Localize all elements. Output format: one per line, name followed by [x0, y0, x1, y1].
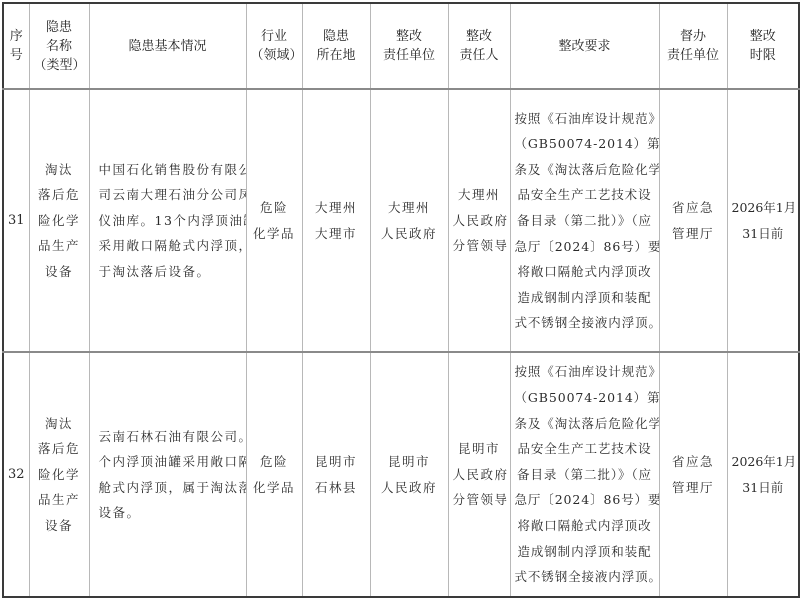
cell-text: 31日前: [732, 475, 795, 501]
hazard-rectification-table: 序 号 隐患 名称 （类型） 隐患基本情况 行业 （领域） 隐患 所在地 整改 …: [2, 2, 800, 598]
cell-text: 将敞口隔舱式内浮顶改: [515, 259, 655, 285]
seq-number: 32: [8, 467, 25, 482]
header-text: 行业: [251, 27, 298, 46]
cell-text: （GB50074-2014）第 6.1.7: [515, 385, 655, 411]
cell-text: 备目录（第二批）》（应: [515, 462, 655, 488]
cell-text: 31日前: [732, 221, 795, 247]
cell-text: 按照《石油库设计规范》: [515, 359, 655, 385]
cell-text: 化学品: [251, 475, 298, 501]
cell-text: 管理厅: [664, 475, 723, 501]
cell-text: 舱式内浮顶，属于淘汰落后: [99, 475, 240, 501]
cell-text: 造成钢制内浮顶和装配: [515, 539, 655, 565]
cell-text: 将敞口隔舱式内浮顶改: [515, 513, 655, 539]
cell-text: 昆明市: [453, 436, 506, 462]
cell-text: 分管领导: [453, 487, 506, 513]
header-text: 隐患: [34, 18, 85, 37]
cell-text: 式不锈钢全接液内浮顶。: [515, 564, 655, 590]
cell-text: 人民政府: [453, 208, 506, 234]
header-text: 时限: [732, 46, 795, 65]
cell-text: 云南石林石油有限公司。5: [99, 424, 240, 450]
cell-text: 急厅〔2024〕86号）要求，: [515, 234, 655, 260]
header-deadline: 整改 时限: [727, 3, 799, 89]
cell-text: 大理州: [307, 195, 366, 221]
cell-text: 设备。: [99, 500, 240, 526]
cell-text: 分管领导: [453, 233, 506, 259]
header-text: 号: [8, 46, 25, 65]
header-industry: 行业 （领域）: [246, 3, 302, 89]
cell-text: 化学品: [251, 221, 298, 247]
cell-text: 省应急: [664, 195, 723, 221]
cell-text: 管理厅: [664, 221, 723, 247]
table-header-row: 序 号 隐患 名称 （类型） 隐患基本情况 行业 （领域） 隐患 所在地 整改 …: [3, 3, 799, 89]
cell-seq: 32: [3, 352, 29, 597]
cell-supervisor: 省应急 管理厅: [659, 352, 727, 597]
cell-text: 品生产: [34, 487, 85, 513]
cell-industry: 危险 化学品: [246, 89, 302, 352]
cell-text: 条及《淘汰落后危险化学: [515, 157, 655, 183]
cell-text: 按照《石油库设计规范》: [515, 106, 655, 132]
cell-text: 淘汰: [34, 411, 85, 437]
cell-text: 淘汰: [34, 157, 85, 183]
cell-text: 急厅〔2024〕86号）要求，: [515, 487, 655, 513]
cell-responsible-unit: 大理州 人民政府: [370, 89, 448, 352]
cell-text: 个内浮顶油罐采用敞口隔: [99, 449, 240, 475]
cell-responsible-person: 昆明市 人民政府 分管领导: [448, 352, 510, 597]
cell-hazard-desc: 中国石化销售股份有限公 司云南大理石油分公司凤 仪油库。13个内浮顶油罐 采用敞…: [89, 89, 246, 352]
header-seq: 序 号: [3, 3, 29, 89]
cell-text: 条及《淘汰落后危险化学: [515, 411, 655, 437]
cell-text: 于淘汰落后设备。: [99, 259, 240, 285]
cell-text: 大理州: [375, 195, 444, 221]
cell-text: 式不锈钢全接液内浮顶。: [515, 310, 655, 336]
header-text: 整改: [453, 27, 506, 46]
cell-text: 品生产: [34, 233, 85, 259]
header-hazard-name: 隐患 名称 （类型）: [29, 3, 89, 89]
cell-hazard-desc: 云南石林石油有限公司。5 个内浮顶油罐采用敞口隔 舱式内浮顶，属于淘汰落后 设备…: [89, 352, 246, 597]
header-text: 所在地: [307, 46, 366, 65]
cell-text: （GB50074-2014）第 6.1.7: [515, 131, 655, 157]
header-text: 责任人: [453, 46, 506, 65]
cell-text: 设备: [34, 513, 85, 539]
header-hazard-desc: 隐患基本情况: [89, 3, 246, 89]
cell-industry: 危险 化学品: [246, 352, 302, 597]
header-responsible-unit: 整改 责任单位: [370, 3, 448, 89]
cell-text: 落后危: [34, 182, 85, 208]
cell-supervisor: 省应急 管理厅: [659, 89, 727, 352]
header-text: 责任单位: [664, 46, 723, 65]
header-text: 名称: [34, 37, 85, 56]
cell-deadline: 2026年1月 31日前: [727, 352, 799, 597]
cell-text: 险化学: [34, 208, 85, 234]
cell-text: 人民政府: [375, 475, 444, 501]
header-supervisor: 督办 责任单位: [659, 3, 727, 89]
cell-text: 采用敞口隔舱式内浮顶，属: [99, 233, 240, 259]
cell-text: 省应急: [664, 449, 723, 475]
seq-number: 31: [8, 213, 25, 228]
header-text: 整改: [375, 27, 444, 46]
cell-location: 昆明市 石林县: [302, 352, 370, 597]
cell-text: 人民政府: [375, 221, 444, 247]
table-row: 32 淘汰 落后危 险化学 品生产 设备 云南石林石油有限公司。5 个内浮顶油罐…: [3, 352, 799, 597]
header-text: 序: [8, 27, 25, 46]
cell-responsible-unit: 昆明市 人民政府: [370, 352, 448, 597]
cell-hazard-name: 淘汰 落后危 险化学 品生产 设备: [29, 89, 89, 352]
header-text: 隐患: [307, 27, 366, 46]
header-text: （领域）: [251, 46, 298, 65]
cell-text: 人民政府: [453, 462, 506, 488]
cell-requirement: 按照《石油库设计规范》 （GB50074-2014）第 6.1.7 条及《淘汰落…: [510, 352, 659, 597]
header-text: 整改要求: [515, 37, 655, 56]
cell-text: 备目录（第二批）》（应: [515, 208, 655, 234]
header-text: 督办: [664, 27, 723, 46]
header-location: 隐患 所在地: [302, 3, 370, 89]
cell-deadline: 2026年1月 31日前: [727, 89, 799, 352]
header-text: 责任单位: [375, 46, 444, 65]
header-text: 整改: [732, 27, 795, 46]
header-requirement: 整改要求: [510, 3, 659, 89]
cell-location: 大理州 大理市: [302, 89, 370, 352]
cell-text: 造成钢制内浮顶和装配: [515, 285, 655, 311]
cell-seq: 31: [3, 89, 29, 352]
table-row: 31 淘汰 落后危 险化学 品生产 设备 中国石化销售股份有限公 司云南大理石油…: [3, 89, 799, 352]
cell-text: 2026年1月: [732, 449, 795, 475]
cell-text: 品安全生产工艺技术设: [515, 436, 655, 462]
cell-text: 昆明市: [375, 449, 444, 475]
cell-text: 中国石化销售股份有限公: [99, 157, 240, 183]
cell-text: 石林县: [307, 475, 366, 501]
cell-text: 险化学: [34, 462, 85, 488]
header-responsible-person: 整改 责任人: [448, 3, 510, 89]
cell-text: 品安全生产工艺技术设: [515, 182, 655, 208]
cell-text: 2026年1月: [732, 195, 795, 221]
cell-text: 危险: [251, 449, 298, 475]
cell-text: 落后危: [34, 436, 85, 462]
cell-text: 仪油库。13个内浮顶油罐: [99, 208, 240, 234]
cell-text: 司云南大理石油分公司凤: [99, 182, 240, 208]
cell-text: 大理州: [453, 182, 506, 208]
cell-text: 危险: [251, 195, 298, 221]
cell-requirement: 按照《石油库设计规范》 （GB50074-2014）第 6.1.7 条及《淘汰落…: [510, 89, 659, 352]
cell-text: 昆明市: [307, 449, 366, 475]
cell-hazard-name: 淘汰 落后危 险化学 品生产 设备: [29, 352, 89, 597]
cell-text: 设备: [34, 259, 85, 285]
cell-responsible-person: 大理州 人民政府 分管领导: [448, 89, 510, 352]
header-text: （类型）: [34, 56, 85, 75]
cell-text: 大理市: [307, 221, 366, 247]
header-text: 隐患基本情况: [94, 37, 242, 56]
